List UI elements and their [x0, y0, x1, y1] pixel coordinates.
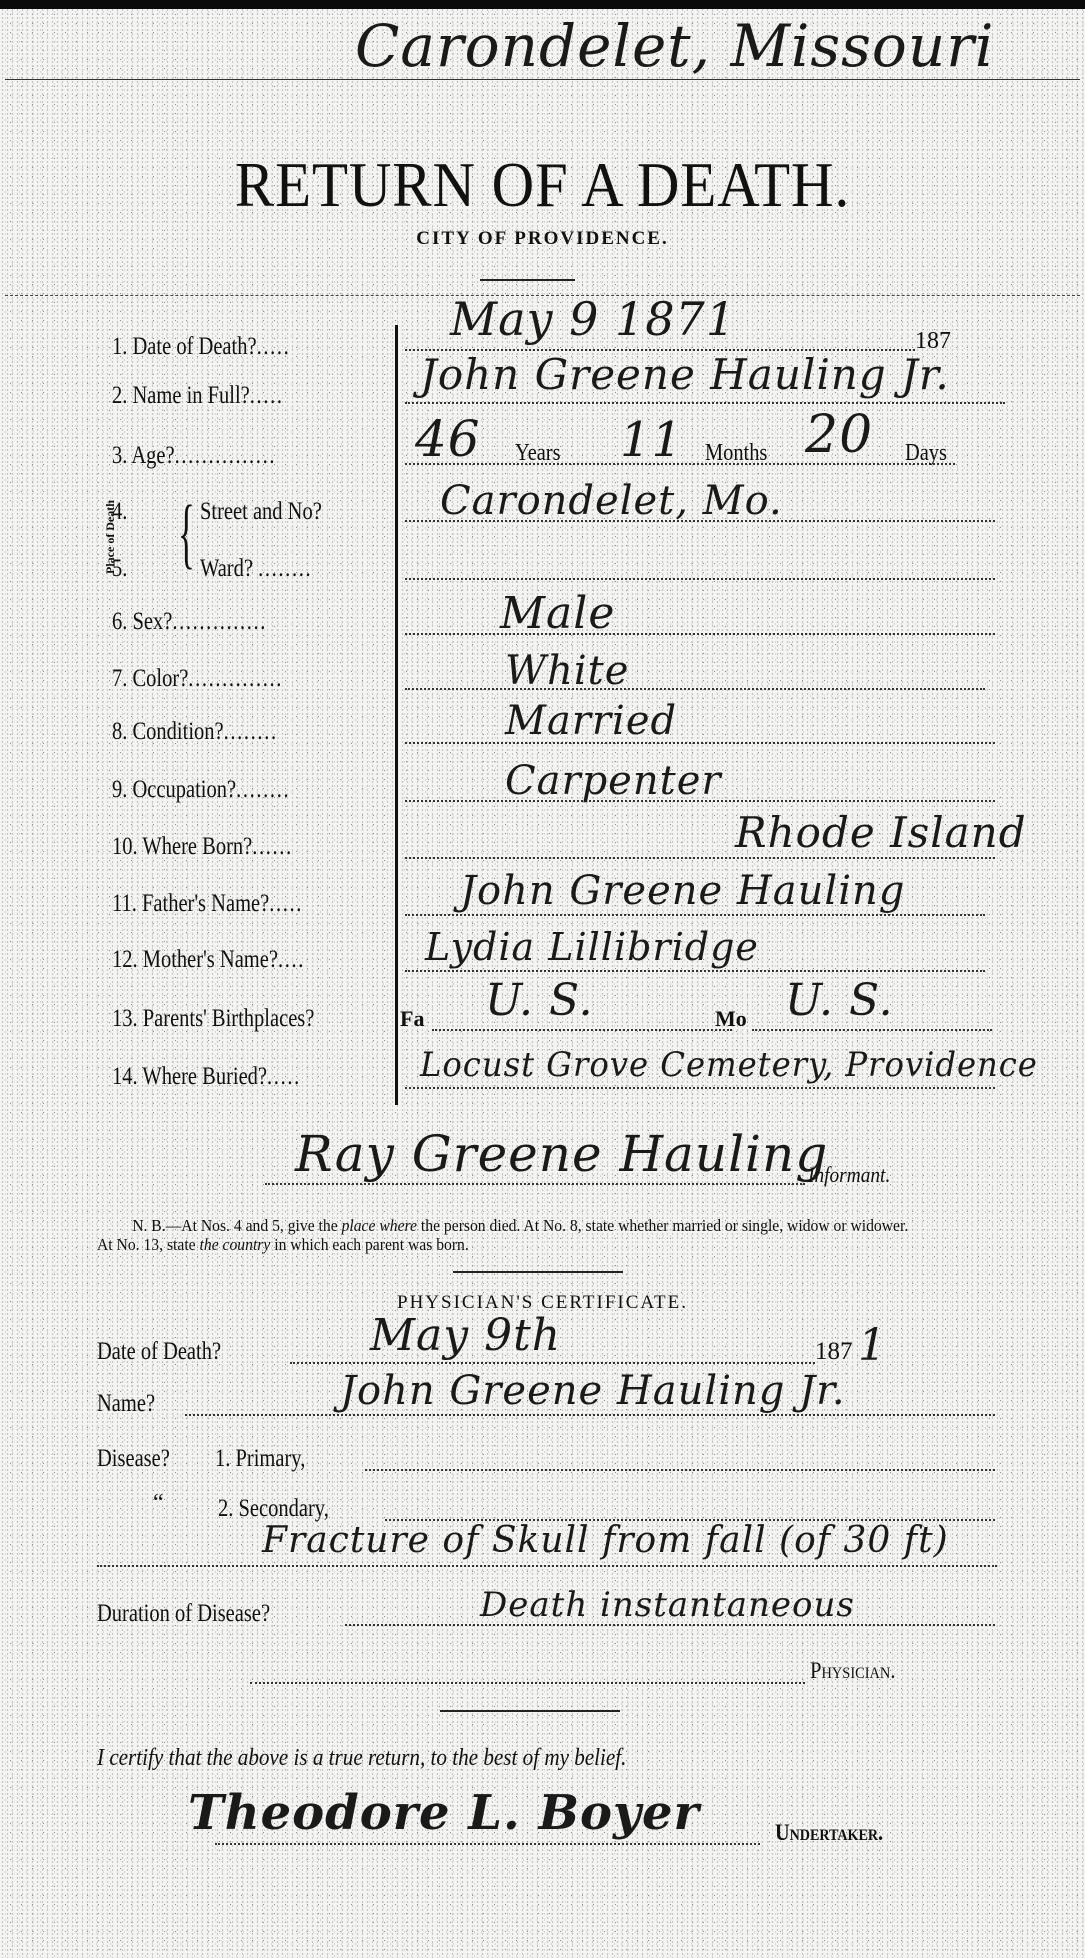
certification-divider-rule: [440, 1710, 620, 1712]
section-divider-rule: [453, 1271, 623, 1273]
disease-label: Disease?: [97, 1445, 170, 1473]
field-label-mothers-name: 12. Mother's Name?....: [112, 946, 305, 974]
field-value-mothers-name: Lydia Lillibridge: [425, 925, 759, 969]
field-label-name-in-full: 2. Name in Full?.....: [112, 382, 284, 410]
field-label-age: 3. Age?...............: [112, 442, 276, 470]
field-value-fathers-name: John Greene Hauling: [460, 868, 905, 914]
physician-name-label: Name?: [97, 1390, 155, 1418]
field-value-where-born: Rhode Island: [735, 808, 1027, 857]
duration-label: Duration of Disease?: [97, 1600, 270, 1628]
physician-date-line: [290, 1362, 815, 1364]
secondary-disease-value: Fracture of Skull from fall (of 30 ft): [262, 1520, 949, 1561]
certification-statement: I certify that the above is a true retur…: [97, 1745, 626, 1772]
field-value-color: White: [505, 648, 629, 694]
field-value-street-and-no: Carondelet, Mo.: [440, 478, 783, 524]
ditto-mark: “: [153, 1490, 164, 1517]
mother-birthplace-label: Mo: [715, 1006, 747, 1032]
primary-disease-label: 1. Primary,: [215, 1445, 305, 1473]
physician-name-line: [185, 1414, 995, 1416]
father-birthplace-label: Fa: [400, 1006, 424, 1032]
primary-disease-line: [365, 1469, 995, 1471]
field-value-condition: Married: [505, 698, 677, 744]
place-header-handwritten: Carondelet, Missouri: [355, 12, 994, 80]
physician-year-prefix: 187: [815, 1338, 853, 1366]
field-value-name-in-full: John Greene Hauling Jr.: [420, 350, 950, 399]
field-value-mother-birthplace: U. S.: [785, 975, 894, 1026]
field-line-mothers-name: [405, 970, 985, 972]
field-label-fathers-name: 11. Father's Name?.....: [112, 890, 303, 918]
physician-date-value: May 9th: [370, 1310, 561, 1361]
field-value-occupation: Carpenter: [505, 758, 721, 804]
field-label-occupation: 9. Occupation?........: [112, 776, 290, 804]
informant-label: Informant.: [808, 1162, 890, 1188]
field-line-name-in-full: [405, 402, 1005, 404]
physician-signature-line[interactable]: [250, 1682, 805, 1684]
field-label-sex: 6. Sex?..............: [112, 608, 267, 636]
field-label-where-born: 10. Where Born?......: [112, 833, 293, 861]
column-divider: [395, 325, 398, 1105]
field-value-age-days: 20: [805, 405, 873, 465]
field-label-color: 7. Color?..............: [112, 665, 283, 693]
field-label-where-buried: 14. Where Buried?.....: [112, 1063, 301, 1091]
informant-signature-line: [265, 1183, 805, 1185]
field-label-street-and-no-text: Street and No?: [200, 498, 322, 526]
subtitle-ornament-rule: [480, 279, 575, 281]
secondary-disease-line-2: [97, 1565, 997, 1567]
age-years-label: Years: [515, 440, 561, 467]
physician-date-label: Date of Death?: [97, 1338, 221, 1366]
field-label-street-and-no: 4.: [112, 498, 127, 526]
document-title: RETURN OF A DEATH.: [43, 148, 1041, 222]
field-line-fathers-name: [405, 914, 985, 916]
undertaker-signature-line: [215, 1843, 760, 1845]
age-months-label: Months: [705, 440, 767, 467]
nb-instructions-note: N. B.—At Nos. 4 and 5, give the place wh…: [97, 1216, 925, 1254]
field-label-date-of-death: 1. Date of Death?.....: [112, 333, 290, 361]
field-value-age-months: 11: [620, 412, 683, 468]
physician-name-value: John Greene Hauling Jr.: [340, 1368, 846, 1414]
field-line-where-born: [405, 857, 995, 859]
field-value-date-of-death: May 9 1871: [450, 292, 736, 346]
field-label-parents-birthplaces: 13. Parents' Birthplaces?: [112, 1005, 314, 1033]
field-line-sex: [405, 633, 995, 635]
physician-year-value: 1: [858, 1320, 887, 1371]
field-line-father-birthplace: [432, 1029, 732, 1031]
field-value-age-years: 46: [415, 410, 481, 468]
document-subtitle: CITY OF PROVIDENCE.: [0, 228, 1085, 250]
informant-signature: Ray Greene Hauling: [295, 1125, 828, 1183]
field-value-sex: Male: [500, 588, 615, 639]
duration-value: Death instantaneous: [480, 1585, 855, 1625]
undertaker-signature: Theodore L. Boyer: [188, 1785, 700, 1841]
field-line-condition: [405, 742, 995, 744]
field-line-mother-birthplace: [752, 1029, 992, 1031]
field-value-father-birthplace: U. S.: [485, 975, 594, 1026]
field-label-condition: 8. Condition?........: [112, 718, 278, 746]
age-days-label: Days: [905, 440, 947, 467]
field-line-color: [405, 688, 985, 690]
field-line-ward: [405, 578, 995, 580]
field-label-ward: 5.: [112, 555, 127, 583]
bracket-icon: {: [178, 488, 195, 578]
secondary-disease-label: 2. Secondary,: [218, 1495, 329, 1523]
physician-label: Physician.: [810, 1658, 896, 1684]
field-label-ward-text: Ward? ........: [200, 555, 312, 583]
field-line-where-buried: [405, 1087, 995, 1089]
scan-top-band: [0, 0, 1085, 9]
undertaker-label: Undertaker.: [775, 1820, 883, 1846]
field-value-where-buried: Locust Grove Cemetery, Providence: [420, 1045, 1038, 1085]
